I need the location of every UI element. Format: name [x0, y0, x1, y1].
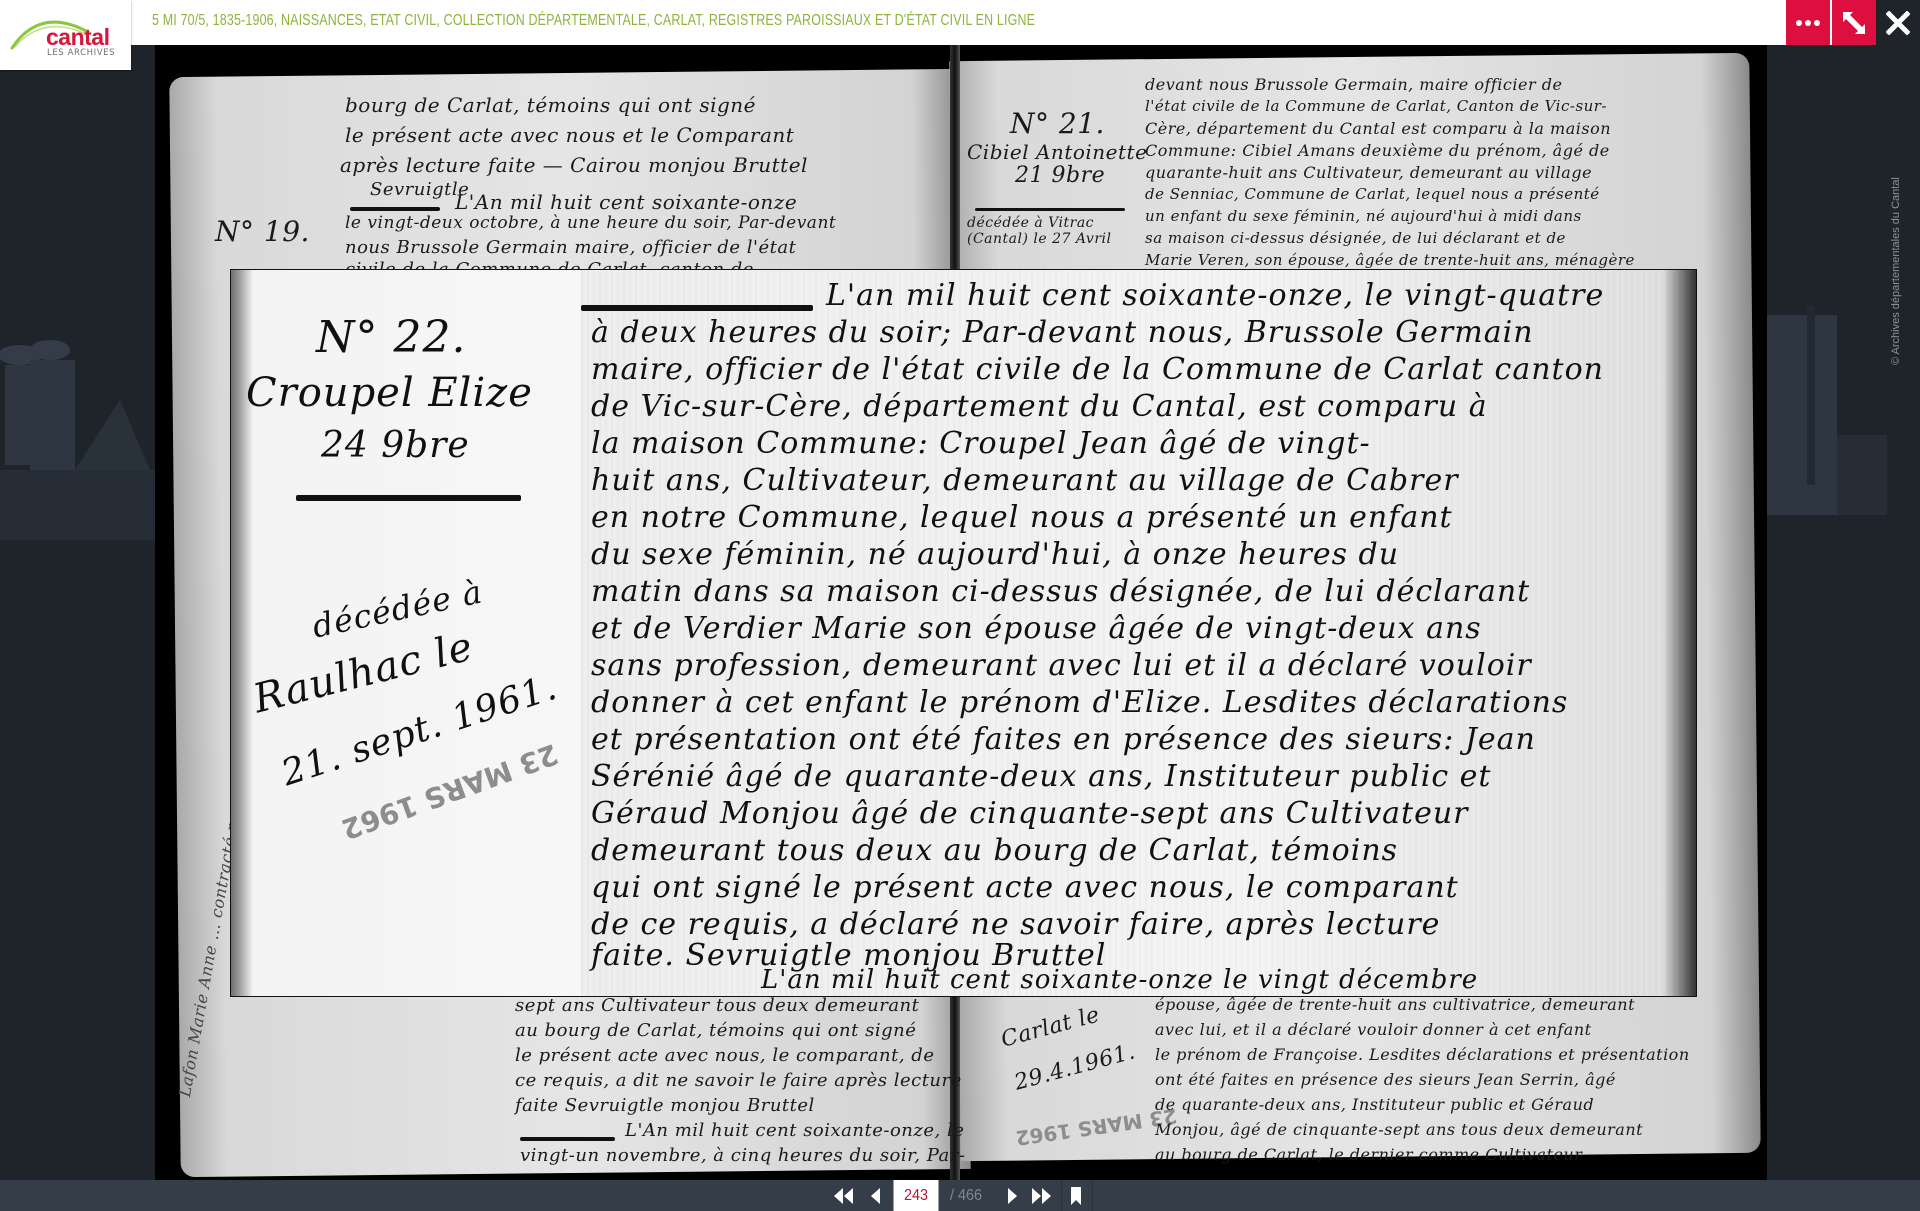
double-chevron-left-icon	[832, 1187, 856, 1205]
image-viewer[interactable]: © Archives départementales du Cantal bou…	[0, 45, 1920, 1180]
handwriting-line: au bourg de Carlat, témoins qui ont sign…	[515, 1020, 916, 1041]
handwriting-line: sans profession, demeurant avec lui et i…	[591, 648, 1532, 683]
handwriting-line: Cère, département du Cantal est comparu …	[1145, 119, 1611, 138]
handwriting-line: huit ans, Cultivateur, demeurant au vill…	[591, 463, 1459, 498]
handwriting-line: vingt-un novembre, à cinq heures du soir…	[520, 1145, 965, 1166]
handwriting-line: en notre Commune, lequel nous a présenté…	[591, 500, 1453, 535]
handwriting-line: l'état civile de la Commune de Carlat, C…	[1145, 97, 1607, 115]
handwriting-line: demeurant tous deux au bourg de Carlat, …	[591, 833, 1398, 868]
handwriting-line: Monjou, âgé de cinquante-sept ans tous d…	[1155, 1120, 1643, 1139]
header-bar: cantal LES ARCHIVES 5 MI 70/5, 1835-1906…	[0, 0, 1920, 45]
entry-divider	[520, 1137, 615, 1141]
margin-note: décédée à Vitrac (Cantal) le 27 Avril	[967, 215, 1127, 247]
entry-name: Croupel Elize	[246, 370, 533, 416]
handwriting-line: après lecture faite — Cairou monjou Brut…	[340, 153, 808, 177]
handwriting-line: à deux heures du soir; Par-devant nous, …	[591, 315, 1534, 350]
handwriting-line: quarante-huit ans Cultivateur, demeurant…	[1145, 163, 1592, 182]
divider	[1092, 1180, 1093, 1211]
expand-arrows-icon	[1841, 10, 1867, 36]
entry-divider	[296, 495, 521, 501]
page-total: / 466	[950, 1187, 982, 1205]
handwriting-line: le vingt-deux octobre, à une heure du so…	[345, 213, 836, 233]
cantal-archives-logo[interactable]: cantal LES ARCHIVES	[0, 0, 131, 70]
handwriting-line: et de Verdier Marie son épouse âgée de v…	[591, 611, 1482, 646]
logo-subtitle: LES ARCHIVES	[47, 49, 115, 58]
next-page-button[interactable]	[1004, 1180, 1022, 1211]
bookmark-button[interactable]	[1066, 1180, 1086, 1211]
previous-page-button[interactable]	[866, 1180, 884, 1211]
handwriting-line: le prénom de Françoise. Lesdites déclara…	[1155, 1045, 1690, 1064]
pagination-bar: / 466	[0, 1180, 1920, 1211]
handwriting-line: sa maison ci-dessus désignée, de lui déc…	[1145, 229, 1566, 247]
close-button[interactable]	[1876, 0, 1920, 45]
handwriting-line: de Vic-sur-Cère, département du Cantal, …	[591, 389, 1488, 424]
bookmark-icon	[1070, 1186, 1082, 1206]
entry-date: 21 9bre	[1015, 163, 1105, 188]
chevron-right-icon	[1007, 1187, 1019, 1205]
magnifier-overlay[interactable]: N° 22. Croupel Elize 24 9bre décédée à R…	[231, 270, 1696, 996]
handwriting-line: Commune: Cibiel Amans deuxième du prénom…	[1145, 141, 1610, 160]
handwriting-line: de quarante-deux ans, Instituteur public…	[1155, 1095, 1594, 1114]
handwriting-line: épouse, âgée de trente-huit ans cultivat…	[1155, 995, 1635, 1014]
handwriting-line: qui ont signé le présent acte avec nous,…	[591, 870, 1459, 905]
handwriting-line: nous Brussole Germain maire, officier de…	[345, 237, 796, 258]
handwriting-line: du sexe féminin, né aujourd'hui, à onze …	[591, 537, 1399, 572]
handwriting-line: Marie Veren, son épouse, âgée de trente-…	[1145, 251, 1635, 269]
handwriting-line: au bourg de Carlat, le dernier comme Cul…	[1155, 1145, 1582, 1164]
handwriting-line: et présentation ont été faites en présen…	[591, 722, 1536, 757]
entry-number: N° 22.	[316, 312, 466, 363]
entry-name: Cibiel Antoinette	[967, 140, 1147, 164]
document-title: 5 MI 70/5, 1835-1906, NAISSANCES, ETAT C…	[152, 12, 1035, 30]
more-options-button[interactable]	[1786, 0, 1830, 45]
handwriting-line: ce requis, a dit ne savoir le faire aprè…	[515, 1070, 962, 1091]
handwriting-line: ont été faites en présence des sieurs Je…	[1155, 1070, 1616, 1089]
copyright-notice: © Archives départementales du Cantal	[1890, 177, 1902, 365]
handwriting-line: la maison Commune: Croupel Jean âgé de v…	[591, 426, 1371, 461]
handwriting-line: avec lui, et il a déclaré vouloir donner…	[1155, 1020, 1592, 1039]
handwriting-line: L'an mil huit cent soixante-onze, le vin…	[826, 278, 1604, 313]
logo-word: cantal	[46, 26, 109, 49]
handwriting-line: sept ans Cultivateur tous deux demeurant	[515, 995, 919, 1016]
entry-divider	[975, 208, 1125, 211]
entry-number: N° 21.	[1010, 107, 1105, 140]
fullscreen-button[interactable]	[1832, 0, 1876, 45]
background-illustration-right	[1767, 295, 1887, 545]
handwriting-line: devant nous Brussole Germain, maire offi…	[1145, 75, 1562, 94]
divider	[1061, 1180, 1062, 1211]
handwriting-line: un enfant du sexe féminin, né aujourd'hu…	[1145, 207, 1582, 225]
handwriting-line: bourg de Carlat, témoins qui ont signé	[345, 93, 756, 117]
entry-date: 24 9bre	[321, 425, 470, 466]
background-illustration-left	[0, 295, 160, 545]
double-chevron-right-icon	[1030, 1187, 1054, 1205]
handwriting-line: L'An mil huit cent soixante-onze, le	[625, 1120, 964, 1141]
ellipsis-icon	[1796, 20, 1820, 26]
page-number-input[interactable]	[894, 1180, 939, 1211]
handwriting-line: Géraud Monjou âgé de cinquante-sept ans …	[591, 796, 1469, 831]
last-page-button[interactable]	[1030, 1180, 1054, 1211]
handwriting-line: donner à cet enfant le prénom d'Elize. L…	[591, 685, 1568, 720]
first-page-button[interactable]	[832, 1180, 856, 1211]
handwriting-line: le présent acte avec nous, le comparant,…	[515, 1045, 934, 1066]
handwriting-line: maire, officier de l'état civile de la C…	[591, 352, 1604, 387]
close-icon	[1886, 11, 1910, 35]
chevron-left-icon	[869, 1187, 881, 1205]
handwriting-line: le présent acte avec nous et le Comparan…	[345, 123, 794, 147]
handwriting-line: L'An mil huit cent soixante-onze	[455, 190, 797, 214]
handwriting-line: matin dans sa maison ci-dessus désignée,…	[591, 574, 1530, 609]
handwriting-line: L'an mil huit cent soixante-onze le ving…	[761, 965, 1478, 995]
handwriting-line: de Senniac, Commune de Carlat, lequel no…	[1145, 185, 1600, 203]
entry-divider	[350, 207, 440, 211]
entry-divider	[581, 305, 813, 311]
handwriting-line: faite Sevruigtle monjou Bruttel	[515, 1095, 815, 1116]
handwriting-line: Sérénié âgé de quarante-deux ans, Instit…	[591, 759, 1491, 794]
handwriting-line: de ce requis, a déclaré ne savoir faire,…	[591, 907, 1440, 942]
entry-number: N° 19.	[215, 215, 310, 248]
